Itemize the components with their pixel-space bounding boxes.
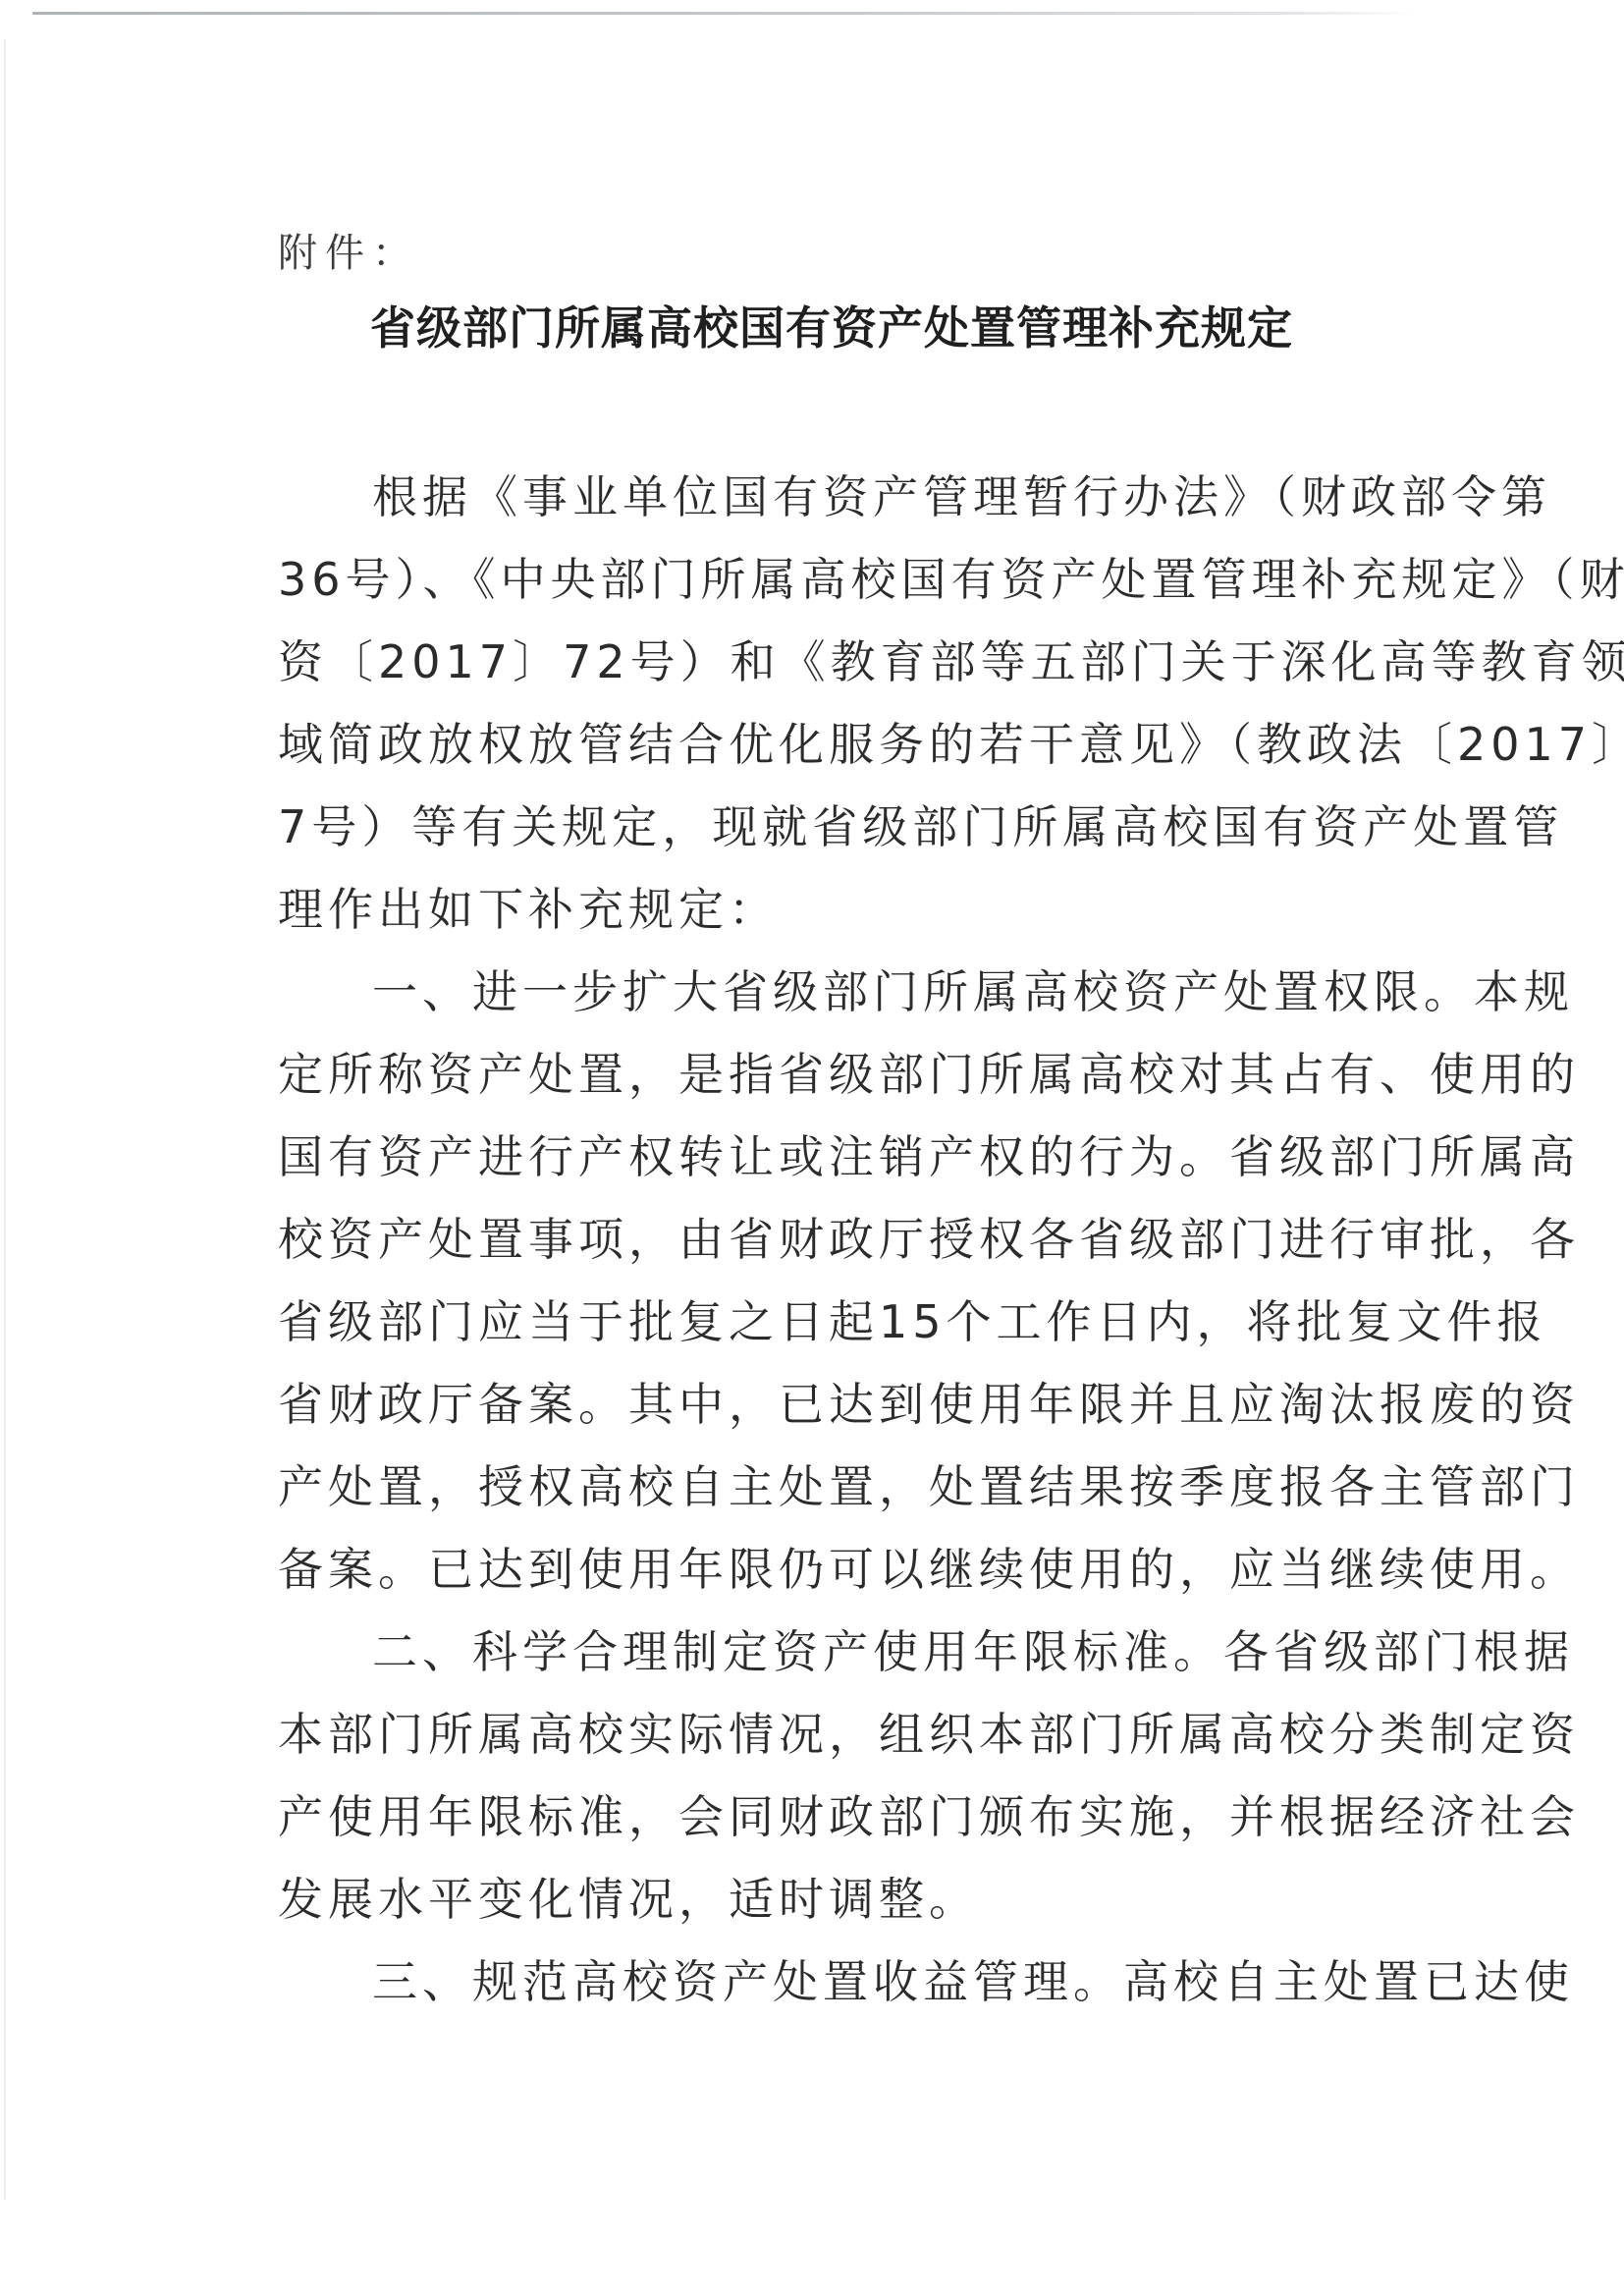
document-body: 根据《事业单位国有资产管理暂行办法》（财政部令第 36号）、《中央部门所属高校国… [278,456,1436,2023]
paragraph-section-1: 一、进一步扩大省级部门所属高校资产处置权限。本规 定所称资产处置，是指省级部门所… [278,951,1436,1611]
text-line: 根据《事业单位国有资产管理暂行办法》（财政部令第 [278,456,1436,538]
text-line: 定所称资产处置，是指省级部门所属高校对其占有、使用的 [278,1033,1436,1116]
text-line: 资〔2017〕72号）和《教育部等五部门关于深化高等教育领 [278,621,1436,703]
text-line: 理作出如下补充规定： [278,868,1436,951]
text-line: 域简政放权放管结合优化服务的若干意见》（教政法〔2017〕 [278,703,1436,786]
document-title: 省级部门所属高校国有资产处置管理补充规定 [0,293,1624,357]
text-line: 36号）、《中央部门所属高校国有资产处置管理补充规定》（财 [278,538,1436,621]
text-line: 发展水平变化情况，适时调整。 [278,1858,1436,1941]
text-line: 省级部门应当于批复之日起15个工作日内，将批复文件报 [278,1281,1436,1363]
text-line: 产处置，授权高校自主处置，处置结果按季度报各主管部门 [278,1446,1436,1528]
text-line: 本部门所属高校实际情况，组织本部门所属高校分类制定资 [278,1693,1436,1776]
text-line: 三、规范高校资产处置收益管理。高校自主处置已达使 [278,1941,1436,2023]
paragraph-preamble: 根据《事业单位国有资产管理暂行办法》（财政部令第 36号）、《中央部门所属高校国… [278,456,1436,951]
text-line: 省财政厅备案。其中，已达到使用年限并且应淘汰报废的资 [278,1363,1436,1446]
text-line: 国有资产进行产权转让或注销产权的行为。省级部门所属高 [278,1116,1436,1198]
text-line: 一、进一步扩大省级部门所属高校资产处置权限。本规 [278,951,1436,1033]
text-line: 7号）等有关规定，现就省级部门所属高校国有资产处置管 [278,786,1436,868]
text-line: 校资产处置事项，由省财政厅授权各省级部门进行审批，各 [278,1198,1436,1281]
scan-artifact-line [32,12,1417,15]
text-line: 产使用年限标准，会同财政部门颁布实施，并根据经济社会 [278,1776,1436,1858]
text-line: 二、科学合理制定资产使用年限标准。各省级部门根据 [278,1611,1436,1693]
paragraph-section-3: 三、规范高校资产处置收益管理。高校自主处置已达使 [278,1941,1436,2023]
scan-artifact-edge [4,39,6,2200]
attachment-label: 附件： [278,222,419,278]
text-line: 备案。已达到使用年限仍可以继续使用的，应当继续使用。 [278,1528,1436,1611]
paragraph-section-2: 二、科学合理制定资产使用年限标准。各省级部门根据 本部门所属高校实际情况，组织本… [278,1611,1436,1941]
